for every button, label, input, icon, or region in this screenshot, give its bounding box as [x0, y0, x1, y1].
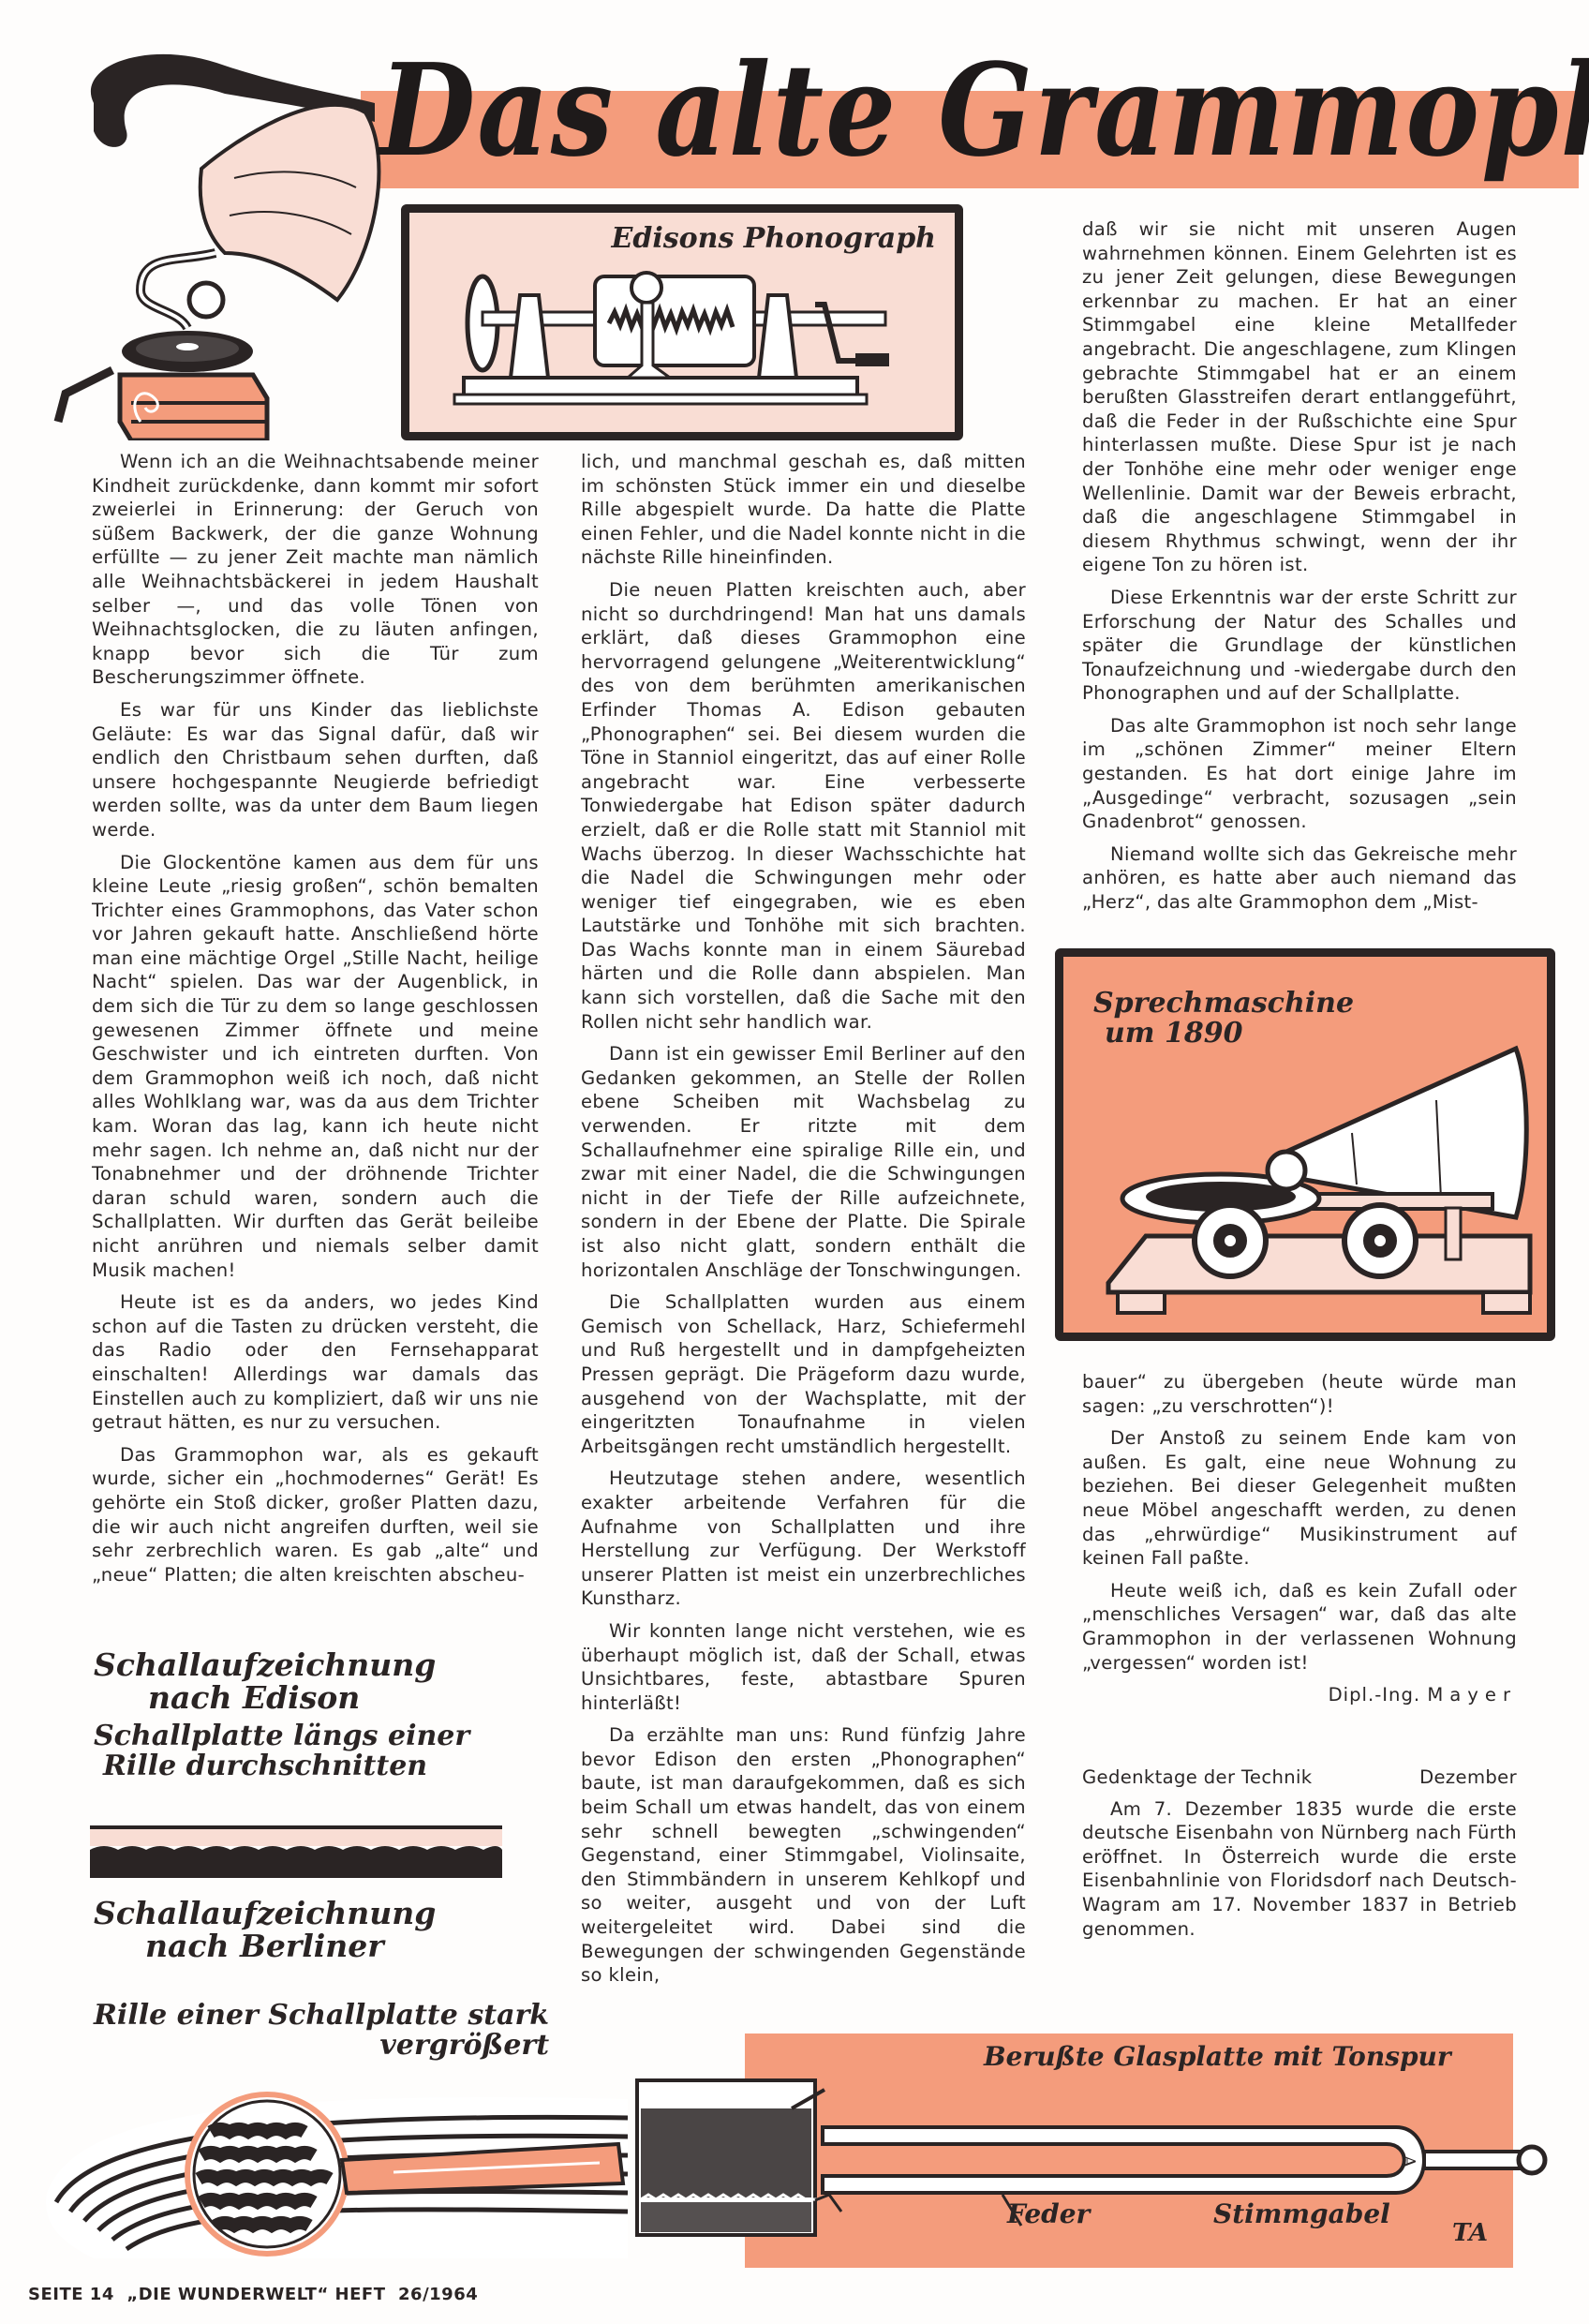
author-name: Mayer — [1427, 1684, 1517, 1706]
paragraph: Da erzählte man uns: Rund fünfzig Jahre … — [581, 1723, 1026, 1988]
caption-line: Rille einer Schallplatte stark — [94, 2001, 549, 2031]
article-column-1: Wenn ich an die Weihnachtsabende meiner … — [92, 450, 539, 1595]
paragraph: Wenn ich an die Weihnachtsabende meiner … — [92, 450, 539, 690]
caption-line: Sprechmaschine — [1093, 989, 1354, 1019]
paragraph: Die Glockentöne kamen aus dem für uns kl… — [92, 851, 539, 1283]
memo-heading: Gedenktage der Technik — [1082, 1765, 1312, 1790]
svg-text:A: A — [1399, 2154, 1418, 2168]
paragraph: Wir konnten lange nicht verstehen, wie e… — [581, 1619, 1026, 1715]
paragraph: bauer“ zu übergeben (heute würde man sag… — [1082, 1370, 1517, 1418]
paragraph: Die Schallplatten wurden aus einem Gemis… — [581, 1290, 1026, 1458]
page-title: Das alte Grammophon — [379, 47, 1589, 174]
paragraph: daß wir sie nicht mit unseren Augen wahr… — [1082, 217, 1517, 577]
paragraph: Der Anstoß zu seinem Ende kam von außen.… — [1082, 1426, 1517, 1571]
paragraph: Heutzutage stehen andere, wesentlich exa… — [581, 1467, 1026, 1611]
paragraph: Heute weiß ich, daß es kein Zufall oder … — [1082, 1579, 1517, 1675]
article-column-2: lich, und manchmal geschah es, daß mitte… — [581, 450, 1026, 1996]
author-prefix: Dipl.-Ing. — [1329, 1684, 1421, 1706]
gedenktage-box: Gedenktage der Technik Dezember Am 7. De… — [1082, 1765, 1517, 1949]
edison-caption: Edisons Phonograph — [612, 224, 937, 254]
article-column-3-bottom: bauer“ zu übergeben (heute würde man sag… — [1082, 1370, 1517, 1707]
paragraph: Niemand wollte sich das Gekreische mehr … — [1082, 842, 1517, 915]
caption-line: Rille durchschnitten — [94, 1751, 469, 1781]
paragraph: Das Grammophon war, als es gekauft wurde… — [92, 1443, 539, 1587]
paragraph: Es war für uns Kinder das lieblichste Ge… — [92, 698, 539, 842]
glass-plate-and-fork-drawing: A — [628, 2071, 1555, 2258]
record-magnifier-illustration — [37, 2043, 637, 2258]
article-column-3-top: daß wir sie nicht mit unseren Augen wahr… — [1082, 217, 1517, 923]
edison-recording-caption: Schallaufzeichnung nach Edison Schallpla… — [94, 1649, 469, 1780]
memo-month: Dezember — [1419, 1765, 1517, 1790]
memo-header: Gedenktage der Technik Dezember — [1082, 1765, 1517, 1790]
gramophone-illustration — [37, 28, 394, 440]
memo-text: Am 7. Dezember 1835 wurde die erste deut… — [1082, 1797, 1517, 1942]
paragraph: Das alte Grammophon ist noch sehr lange … — [1082, 714, 1517, 834]
page-footer: SEITE 14 „DIE WUNDERWELT“ HEFT 26/1964 — [28, 2285, 478, 2304]
paragraph: lich, und manchmal geschah es, daß mitte… — [581, 450, 1026, 570]
paragraph: Die neuen Platten kreischten auch, aber … — [581, 578, 1026, 1034]
caption-line: Schallaufzeichnung — [94, 1898, 436, 1930]
caption-line: Schallplatte längs einer — [94, 1721, 469, 1751]
glass-plate-label: Berußte Glasplatte mit Tonspur — [984, 2043, 1451, 2070]
edison-groove-strip — [90, 1825, 502, 1880]
author-signature: Dipl.-Ing. Mayer — [1082, 1683, 1517, 1707]
caption-line: Schallaufzeichnung — [94, 1649, 469, 1682]
sprechmaschine-illustration: Sprechmaschine um 1890 — [1055, 948, 1555, 1341]
paragraph: Dann ist ein gewisser Emil Berliner auf … — [581, 1042, 1026, 1282]
berliner-recording-caption: Schallaufzeichnung nach Berliner — [94, 1898, 436, 1962]
edison-phonograph-illustration: Edisons Phonograph — [401, 204, 963, 440]
paragraph: Heute ist es da anders, wo jedes Kind sc… — [92, 1290, 539, 1435]
caption-line: nach Edison — [94, 1682, 469, 1715]
paragraph: Diese Erkenntnis war der erste Schritt z… — [1082, 586, 1517, 706]
caption-line: nach Berliner — [94, 1930, 436, 1963]
